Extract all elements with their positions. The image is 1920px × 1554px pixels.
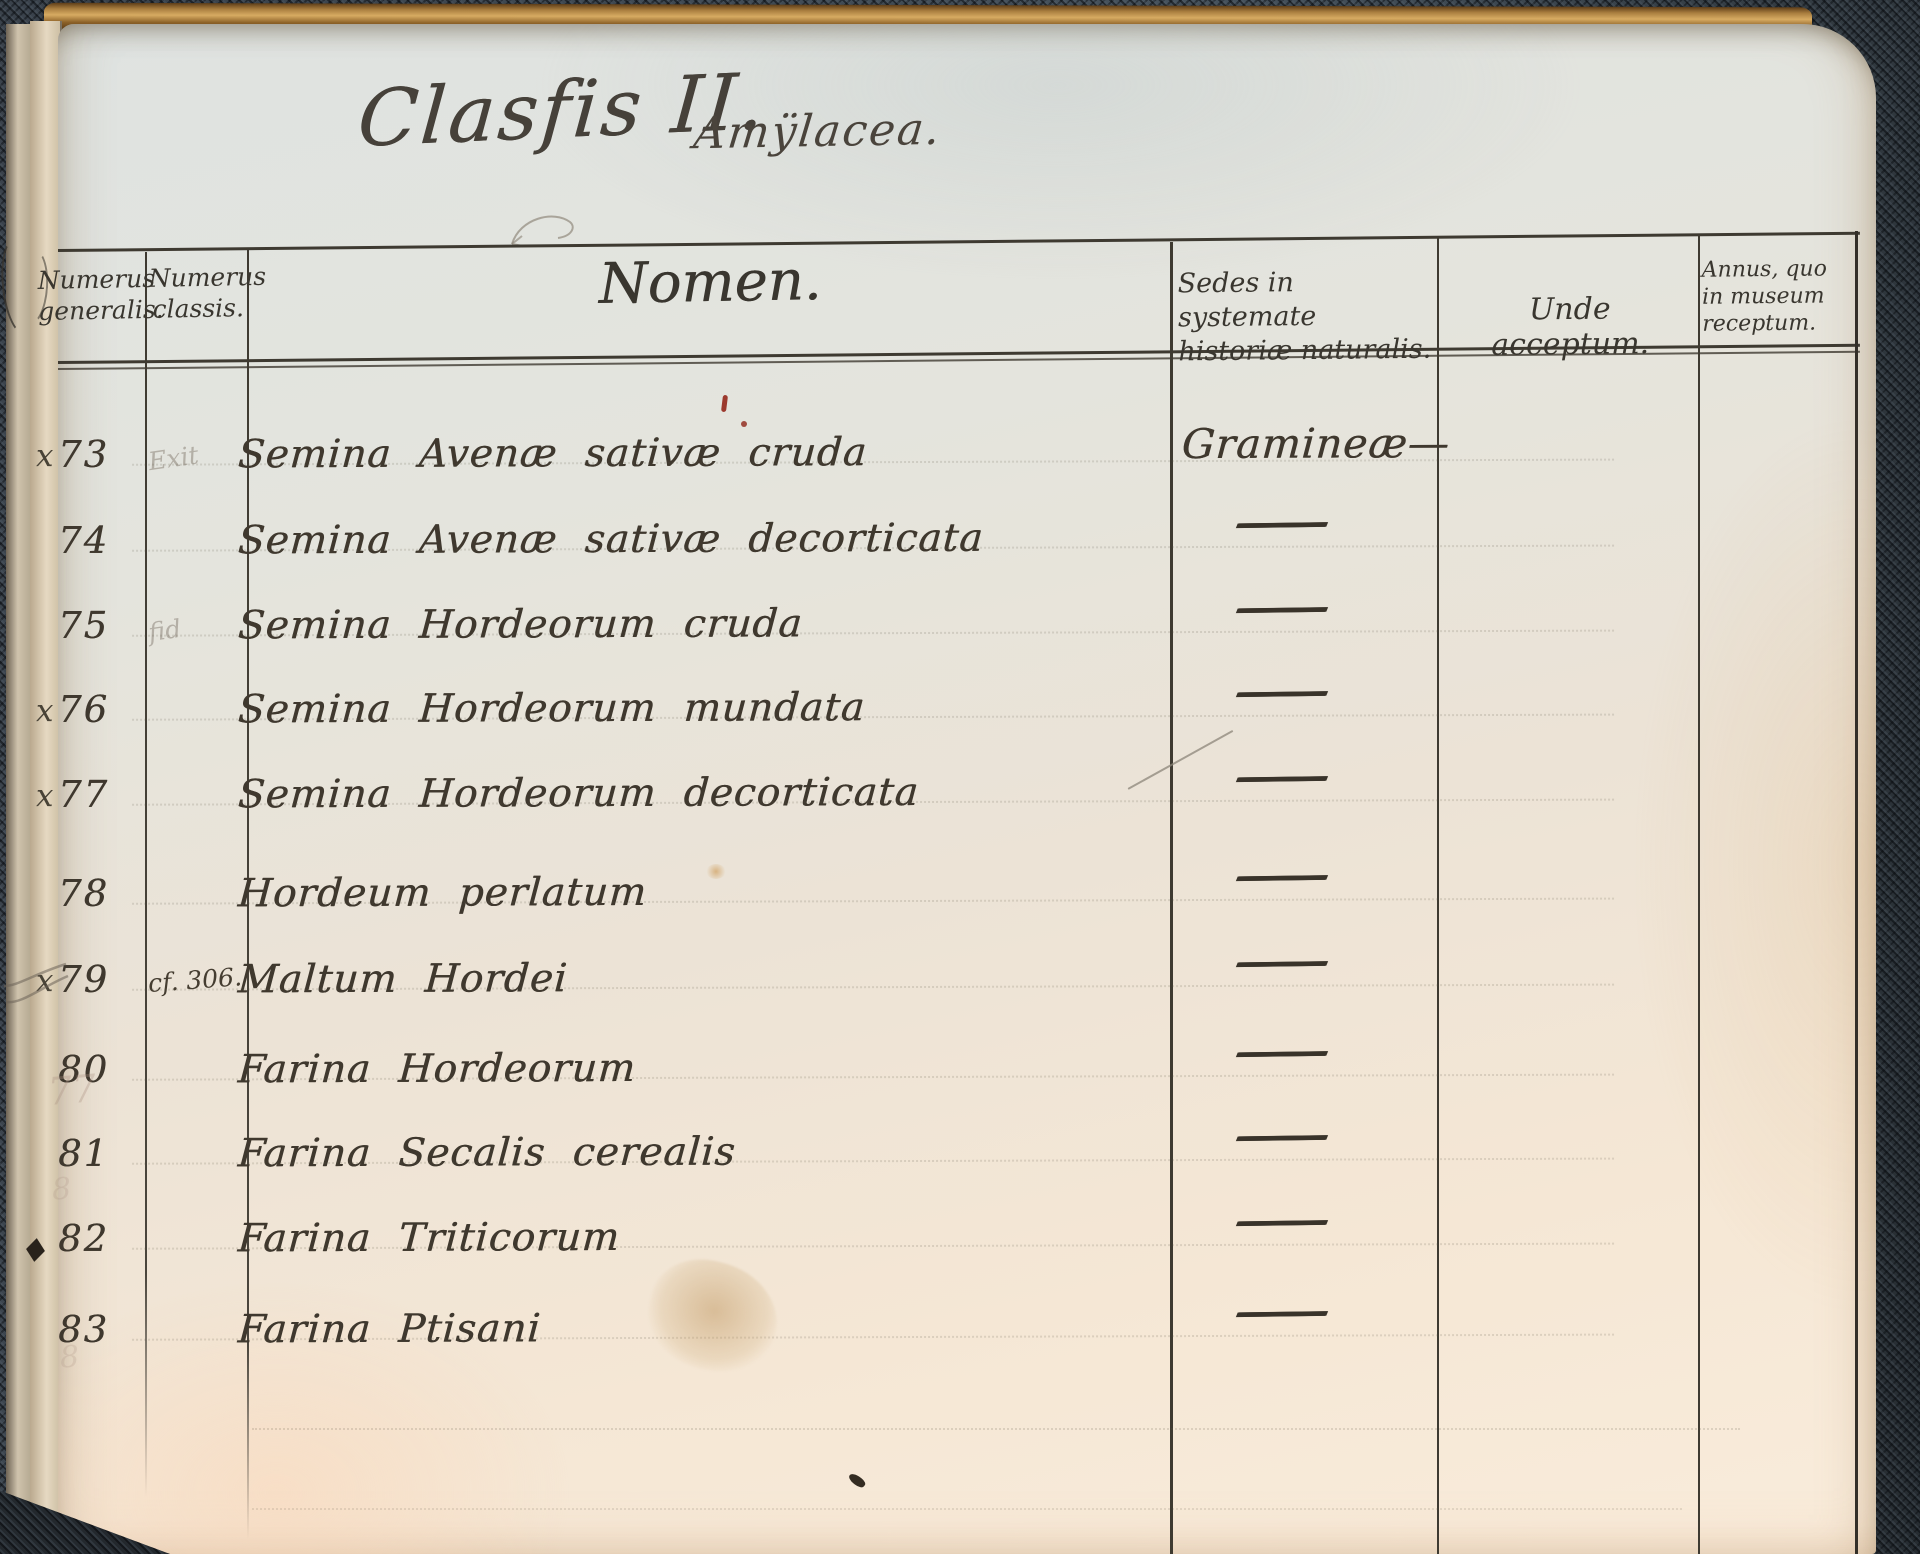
ghost-number: 77 [46,1066,98,1114]
sedes-value: — [1230,498,1336,546]
sedes-value: — [1230,1027,1336,1075]
nomen-value: Semina Hordeorum decorticata [237,770,921,817]
header-numerus-generalis: Numerus generalis. [37,263,146,327]
sedes-value: — [1230,1196,1336,1244]
table-row: x 79 cf. 306. Maltum Hordei — [0,937,1900,1006]
nomen-value: Farina Ptisani [237,1306,543,1352]
margin-x-mark: x [36,693,54,729]
nomen-value: Semina Avenæ sativæ cruda [237,430,869,477]
numerus-classis-note [148,721,244,728]
numerus-generalis-value: 82 [58,1217,142,1260]
empty-ruled-line [252,1508,1682,1510]
header-nomen: Nomen. [559,247,860,317]
numerus-classis-note: fid [146,605,245,647]
table-top-rule [58,232,1860,252]
numerus-classis-note [148,552,244,559]
ledger-photo-scene: Clasfis II. Amÿlacea. Numerus generalis.… [0,0,1920,1554]
table-row: 75 fid Semina Hordeorum cruda — [0,583,1900,652]
sedes-value: — [1230,1287,1336,1335]
sedes-value: — [1230,937,1336,985]
numerus-classis-note: cf. 306. [147,962,245,998]
binding-thread [0,952,74,1018]
table-row: 80 Farina Hordeorum — [0,1027,1900,1096]
numerus-generalis-value: 78 [58,872,142,915]
table-row: x 76 Semina Hordeorum mundata — [0,667,1900,736]
paper-stain [637,1248,789,1384]
ghost-number: 8 [51,1171,72,1207]
numerus-classis-note [148,806,244,813]
numerus-generalis-value: 77 [58,773,142,816]
table-row: 83 Farina Ptisani — [0,1287,1900,1356]
nomen-value: Farina Hordeorum [237,1046,638,1092]
numerus-classis-note [148,1250,244,1257]
nomen-value: Hordeum perlatum [237,870,649,916]
numerus-classis-note [148,1341,244,1348]
table-row: x 77 Semina Hordeorum decorticata — [0,752,1900,821]
nomen-value: Semina Hordeorum cruda [237,601,805,648]
margin-x-mark: x [36,778,54,814]
numerus-generalis-value: 73 [58,433,142,476]
red-ink-tick [721,395,728,412]
sedes-value: — [1230,1111,1336,1159]
sedes-value: — [1230,583,1336,631]
header-annus: Annus, quo in museum receptum. [1702,255,1849,338]
table-row: 78 Hordeum perlatum — [0,851,1900,920]
ink-fleck [847,1471,867,1489]
nomen-value: Semina Avenæ sativæ decorticata [237,516,986,564]
nomen-value: Farina Triticorum [237,1215,622,1261]
table-row: x 73 Exit Semina Avenæ sativæ cruda Gram… [0,412,1900,481]
header-numerus-classis: Numerus classis. [148,261,247,325]
numerus-classis-note [148,1165,244,1172]
sedes-value: — [1230,752,1336,800]
empty-ruled-line [252,1428,1740,1430]
numerus-classis-note: Exit [146,434,245,476]
table-row: 81 Farina Secalis cerealis — [0,1111,1900,1180]
numerus-classis-note [148,905,244,912]
numerus-generalis-value: 75 [58,604,142,647]
table-row: 82 Farina Triticorum — [0,1196,1900,1265]
ghost-number: 8 [59,1339,80,1375]
numerus-generalis-value: 81 [58,1132,142,1175]
red-ink-dot [741,421,747,427]
margin-x-mark: x [36,438,54,474]
sedes-value: — [1230,851,1336,899]
page-content: Clasfis II. Amÿlacea. Numerus generalis.… [0,0,1920,1554]
header-sedes: Sedes in systemate historiæ naturalis. [1177,265,1440,370]
sedes-value: — [1230,667,1336,715]
header-unde-acceptum: Unde acceptum. [1448,291,1693,364]
nomen-value: Farina Secalis cerealis [237,1130,738,1177]
nomen-value: Semina Hordeorum mundata [237,685,867,732]
table-row: 74 Semina Avenæ sativæ decorticata — [0,498,1900,567]
numerus-generalis-value: 76 [58,688,142,731]
nomen-value: Maltum Hordei [237,956,569,1002]
paper-stain [706,864,726,879]
numerus-classis-note [148,1081,244,1088]
numerus-generalis-value: 74 [58,519,142,562]
class-subtitle: Amÿlacea. [691,104,944,159]
